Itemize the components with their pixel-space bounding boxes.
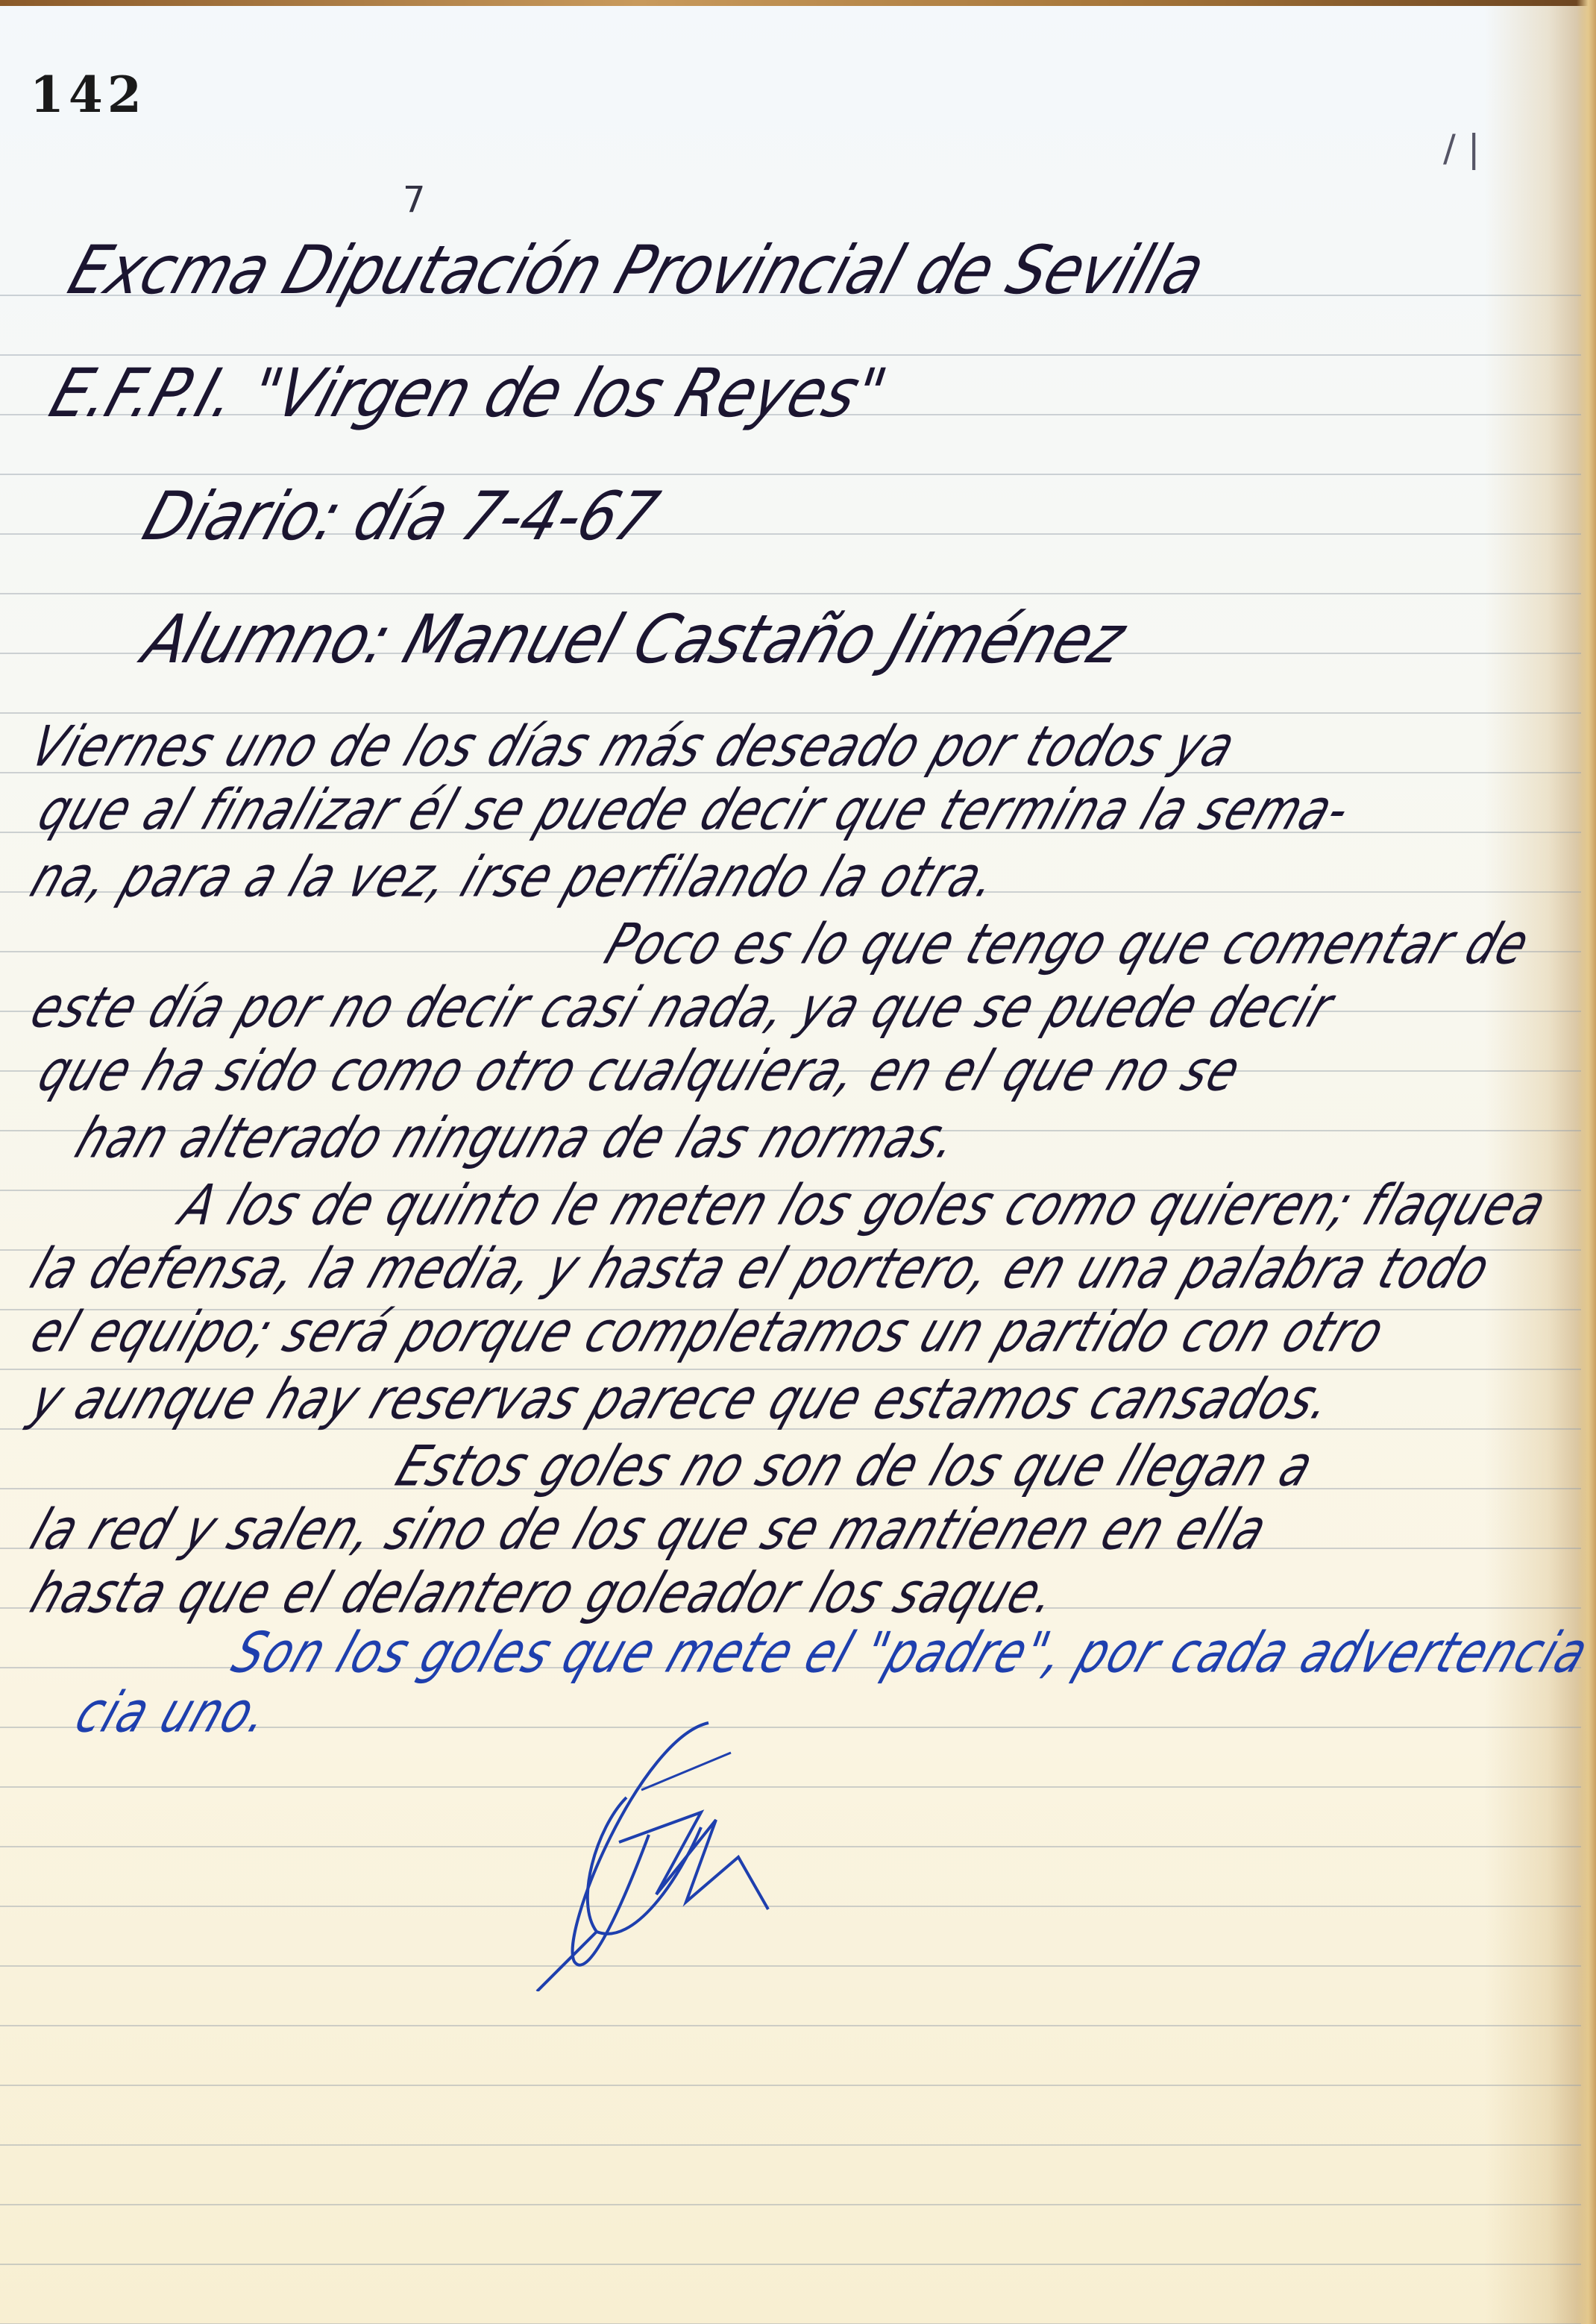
diary-date: día 7-4-67 [345,479,667,556]
diary-text-line: Poco es lo que tengo que comentar de [597,912,1539,978]
diary-text-line: y aunque hay reservas parece que estamos… [22,1367,1342,1433]
diary-text-line: la defensa, la media, y hasta el portero… [22,1237,1500,1302]
ruled-line [0,1965,1581,1967]
ruled-line [0,474,1581,475]
diary-text-line: Estos goles no son de los que llegan a [388,1434,1323,1500]
diary-text-line: el equipo; será porque completamos un pa… [22,1300,1394,1366]
corner-tick-mark: / | [1443,127,1480,170]
diary-text-line: este día por no decir casi nada, ya que … [22,976,1343,1041]
ruled-line [0,2085,1581,2086]
ruled-line [0,2264,1581,2265]
ruled-line [0,593,1581,594]
school-heading: E.F.P.I. "Virgen de los Reyes" [41,356,896,433]
diary-text-line: que al finalizar él se puede decir que t… [30,778,1360,844]
page-number: 142 [30,66,146,124]
student-line: Alumno: Manuel Castaño Jiménez [134,602,1134,679]
ruled-line [0,1906,1581,1907]
ruled-line [0,1846,1581,1847]
diary-text-line: Viernes uno de los días más deseado por … [22,715,1245,780]
page-binding-edge [1577,0,1596,2324]
annotation-text-line: Son los goles que mete el "padre", por c… [224,1621,1596,1686]
diary-label: Diario: [134,479,351,556]
annotation-text-line: cia uno. [67,1680,280,1746]
diary-date-line: Diario: día 7-4-67 [134,479,667,556]
student-name: Manuel Castaño Jiménez [395,602,1134,679]
diary-text-line: A los de quinto le meten los goles como … [172,1173,1556,1239]
notebook-page: 142 7 / | Excma Diputación Provincial de… [0,0,1596,2324]
diary-text-line: na, para a la vez, irse perfilando la ot… [22,845,1008,911]
institution-heading: Excma Diputación Provincial de Sevilla [60,233,1214,310]
page-top-edge [0,0,1596,6]
diary-text-line: que ha sido como otro cualquiera, en el … [30,1039,1251,1105]
ruled-line [0,1786,1581,1788]
ruled-line [0,2204,1581,2205]
margin-mark: 7 [403,179,426,221]
diary-text-line: la red y salen, sino de los que se manti… [22,1498,1277,1563]
diary-text-line: han alterado ninguna de las normas. [67,1106,968,1172]
ruled-line [0,2144,1581,2146]
diary-text-line: hasta que el delantero goleador los saqu… [22,1561,1067,1627]
ruled-line [0,2025,1581,2026]
student-label: Alumno: [134,602,401,679]
signature-icon [515,1708,783,1991]
